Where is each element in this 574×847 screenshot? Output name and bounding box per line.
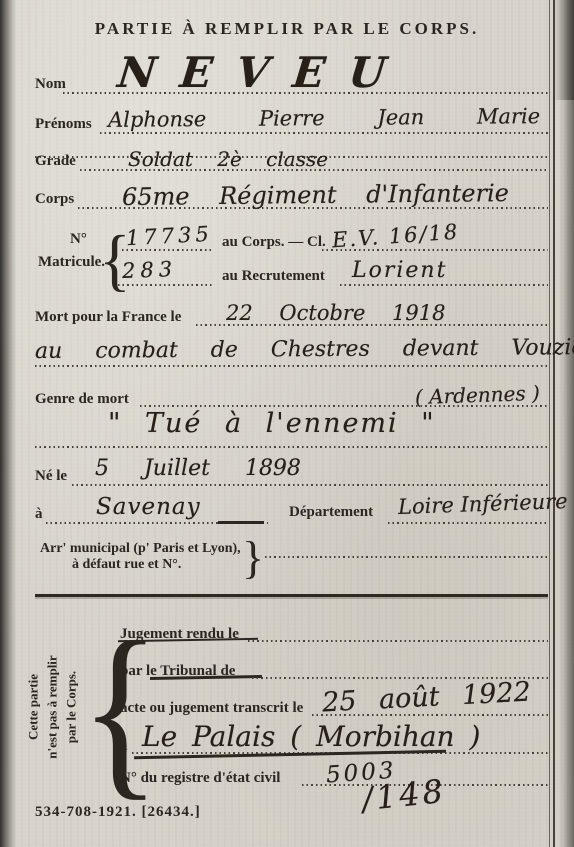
dotted-line	[118, 284, 214, 286]
matricule-recrutement-label: au Recrutement	[222, 268, 325, 285]
matricule-recrutement-value: 283	[122, 257, 178, 283]
sidebar-note-line2: n'est pas à remplir	[43, 620, 62, 795]
page-top-right-shadow	[554, 0, 574, 100]
dotted-line	[248, 640, 548, 642]
right-margin-rule-outer	[549, 0, 550, 847]
matricule-label-line1: N°	[70, 231, 87, 248]
nom-value: NEVEU	[115, 48, 412, 97]
transcrit-label: acte ou jugement transcrit le	[120, 700, 303, 717]
prenoms-value: Alphonse Pierre Jean Marie	[108, 104, 540, 132]
dotted-line	[72, 484, 548, 486]
corps-label: Corps	[35, 191, 74, 208]
mort-lieu: au combat de Chestres devant Vouziers	[35, 335, 574, 364]
dotted-line	[265, 556, 548, 558]
transcrit-date: 25 août 1922	[321, 677, 531, 719]
dotted-line	[122, 249, 214, 251]
form-title: PARTIE À REMPLIR PAR LE CORPS.	[0, 19, 574, 39]
ne-le-label: Né le	[35, 468, 67, 485]
dotted-line	[322, 249, 548, 251]
genre-mort-label: Genre de mort	[35, 391, 129, 408]
departement-label: Département	[289, 504, 373, 521]
arrondissement-brace: }	[242, 535, 264, 581]
mort-label: Mort pour la France le	[35, 309, 181, 326]
page-left-edge-shadow	[0, 0, 16, 847]
lieu-naissance-value: Savenay	[96, 494, 201, 520]
dotted-line	[35, 446, 548, 448]
dotted-line	[340, 284, 548, 286]
genre-mort-value: " Tué à l'ennemi "	[108, 408, 436, 439]
registre-value-secondary: /148	[360, 772, 447, 819]
dotted-line	[35, 365, 548, 367]
mort-date: 22 Octobre 1918	[226, 301, 445, 325]
grade-value: Soldat 2è classe	[128, 147, 328, 171]
ne-date: 5 Juillet 1898	[95, 456, 301, 481]
matricule-recrutement-lieu: Lorient	[352, 258, 447, 283]
document-page: PARTIE À REMPLIR PAR LE CORPS. Nom NEVEU…	[0, 0, 574, 847]
arrondissement-label-line1: Arr' municipal (p' Paris et Lyon),	[40, 541, 241, 557]
sidebar-note-line1: Cette partie	[25, 620, 44, 795]
matricule-corps-label: au Corps. — Cl.	[222, 234, 326, 251]
matricule-classe-value: E.V. 16/18	[331, 220, 460, 253]
lieu-naissance-label: à	[35, 506, 43, 523]
registre-label: N° du registre d'état civil	[120, 770, 280, 787]
nom-label: Nom	[35, 76, 66, 93]
section-divider	[35, 594, 548, 597]
grade-label: Grade	[35, 153, 76, 170]
arrondissement-label-line2: à défaut rue et N°.	[72, 557, 181, 573]
corps-value: 65me Régiment d'Infanterie	[122, 179, 509, 211]
right-margin-rule-inner	[553, 0, 555, 847]
matricule-corps-value: 17735	[125, 222, 213, 251]
departement-value: Loire Inférieure	[398, 489, 568, 519]
prenoms-label: Prénoms	[35, 116, 92, 133]
transcrit-lieu-label: à	[120, 738, 128, 755]
footer-print-code: 534-708-1921. [26434.]	[35, 804, 201, 821]
transcrit-lieu-value: Le Palais ( Morbihan )	[142, 720, 480, 753]
dotted-line	[100, 132, 548, 134]
sidebar-note: Cette partie n'est pas à remplir par le …	[25, 620, 81, 795]
dotted-line	[388, 522, 548, 524]
sidebar-note-line3: par le Corps.	[62, 620, 81, 795]
matricule-label-line2: Matricule.	[38, 254, 105, 271]
page-right-edge-shadow	[559, 0, 574, 847]
ink-dash	[218, 521, 264, 524]
genre-mort-annotation: ( Ardennes )	[415, 381, 541, 409]
